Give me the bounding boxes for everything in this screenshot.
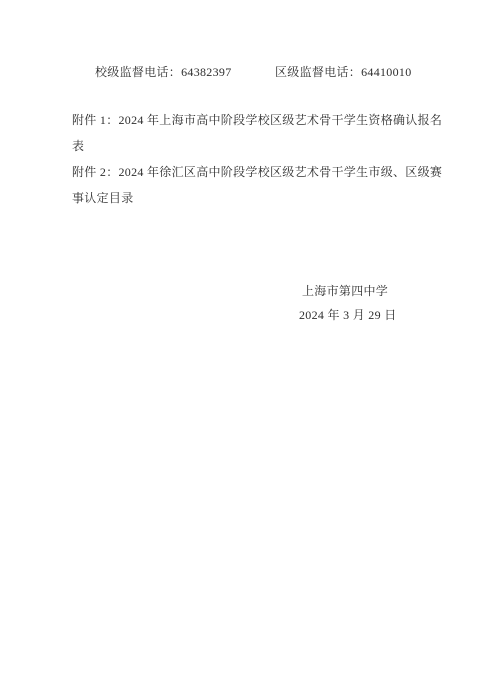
- district-supervision-phone: 区级监督电话：64410010: [275, 64, 412, 80]
- signature-date: 2024 年 3 月 29 日: [299, 307, 397, 323]
- school-supervision-phone: 校级监督电话：64382397: [95, 64, 232, 80]
- document-page: 校级监督电话：64382397 区级监督电话：64410010 附件 1：202…: [0, 0, 480, 679]
- attachment-2-reference-line-2: 事认定目录: [72, 190, 134, 206]
- signature-school-name: 上海市第四中学: [302, 283, 388, 299]
- attachment-1-reference-line-1: 附件 1：2024 年上海市高中阶段学校区级艺术骨干学生资格确认报名: [72, 112, 442, 128]
- attachment-2-reference-line-1: 附件 2：2024 年徐汇区高中阶段学校区级艺术骨干学生市级、区级赛: [72, 164, 442, 180]
- attachment-1-reference-line-2: 表: [72, 138, 84, 154]
